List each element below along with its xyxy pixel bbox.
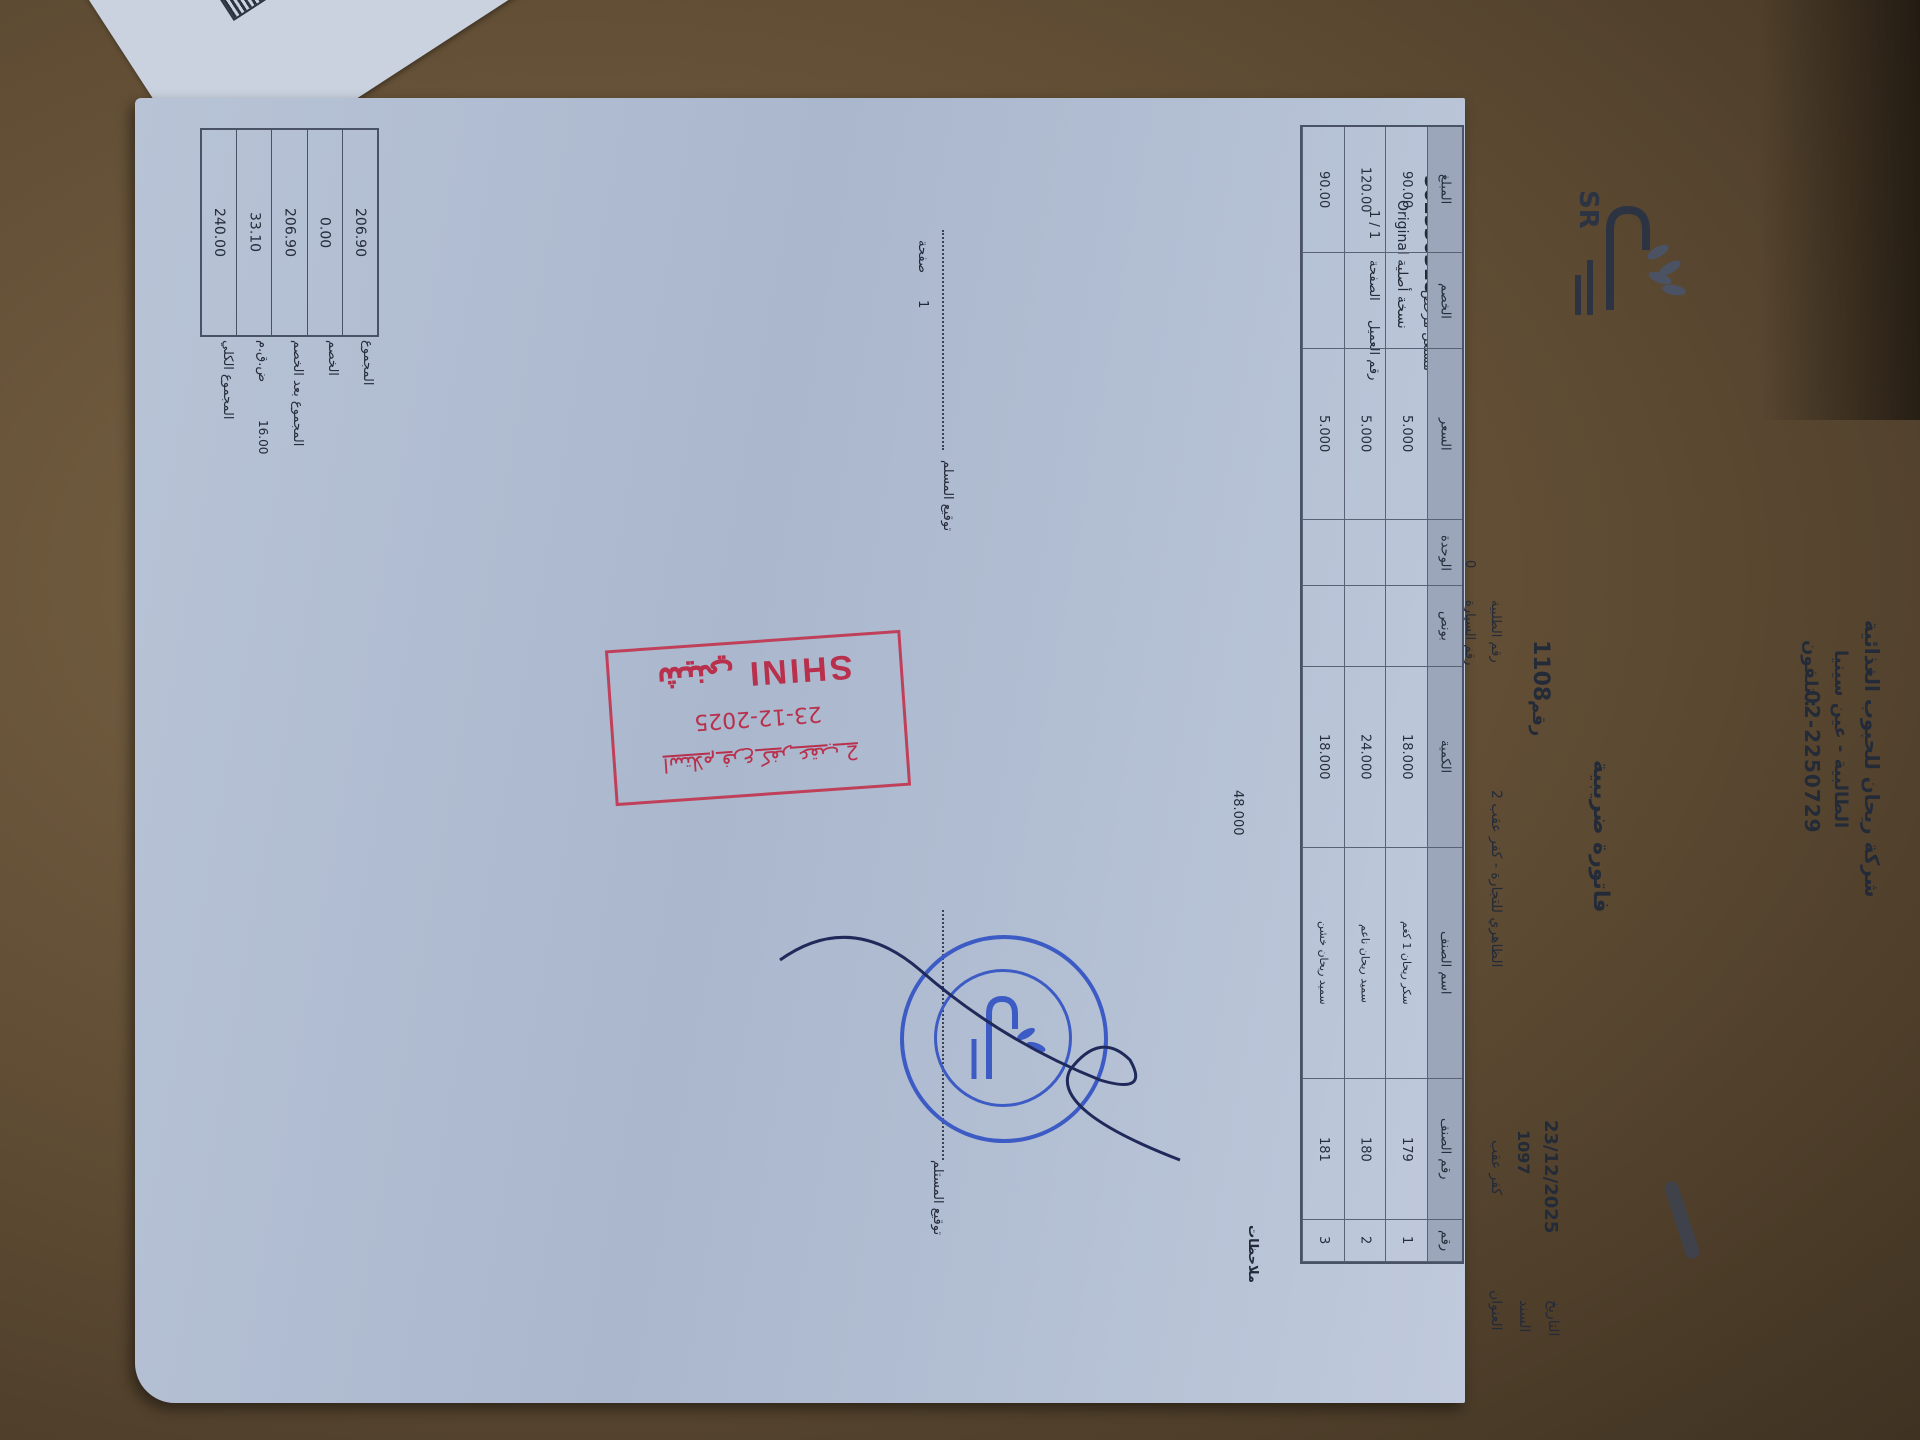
row-no: 1 <box>1386 1220 1427 1262</box>
header-code: رقم الصنف <box>1428 1079 1462 1220</box>
page-count-label: صفحة <box>915 240 930 273</box>
svg-text:SR: SR <box>1573 190 1603 229</box>
header-discount: الخصم <box>1428 253 1462 349</box>
after-discount-label: المجموع بعد الخصم <box>270 340 305 446</box>
row-name: سميد ريحان ناعم <box>1345 848 1386 1079</box>
items-table: المبلغ الخصم السعر الوحدة بونص الكمية اس… <box>1300 125 1464 1264</box>
table-row: 90.00 5.000 18.000 سكر ريحان 1 كغم 179 1 <box>1385 127 1427 1262</box>
row-bonus <box>1303 586 1344 667</box>
row-unit <box>1386 520 1427 586</box>
subtotal-label: المجموع <box>340 340 375 446</box>
grand-total-value: 240.00 <box>202 130 236 335</box>
invoice-number-label: رقم <box>1528 700 1549 736</box>
red-receipt-stamp: SHINI شيني 23-12-2025 استلام فرع كفر عقب… <box>605 630 911 806</box>
header-amount: المبلغ <box>1428 127 1462 253</box>
invoice-address-label: العنوان <box>1488 1290 1504 1331</box>
stamp-date: 23-12-2025 <box>612 695 903 740</box>
row-price: 5.000 <box>1345 349 1386 520</box>
discount-value: 0.00 <box>307 130 342 335</box>
company-phone: 02-2250729 <box>1800 690 1824 834</box>
discount-label: الخصم <box>305 340 340 446</box>
row-bonus <box>1386 586 1427 667</box>
header-no: رقم <box>1428 1220 1462 1262</box>
row-price: 5.000 <box>1386 349 1427 520</box>
invoice-ref-label: السند <box>1516 1300 1532 1332</box>
header-price: السعر <box>1428 349 1462 520</box>
row-amount: 90.00 <box>1386 127 1427 253</box>
order-label: رقم الطلبية <box>1488 600 1503 663</box>
row-qty: 18.000 <box>1303 667 1344 848</box>
row-discount <box>1345 253 1386 349</box>
header-qty: الكمية <box>1428 667 1462 848</box>
barcode-icon <box>188 0 329 21</box>
row-price: 5.000 <box>1303 349 1344 520</box>
invoice-number: 1108 <box>1528 640 1553 701</box>
total-quantity: 48.000 <box>1230 790 1245 836</box>
table-row: 90.00 5.000 18.000 سميد ريحان خشن 181 3 <box>1302 127 1344 1262</box>
row-no: 2 <box>1345 1220 1386 1262</box>
vat-rate: 16.00 <box>256 420 270 454</box>
table-header: المبلغ الخصم السعر الوحدة بونص الكمية اس… <box>1427 127 1462 1262</box>
header-name: اسم الصنف <box>1428 848 1462 1079</box>
row-qty: 18.000 <box>1386 667 1427 848</box>
desk-shadow <box>1760 0 1920 420</box>
grand-total-label: المجموع الكلي <box>200 340 235 446</box>
row-no: 3 <box>1303 1220 1344 1262</box>
vehicle-number: 0 <box>1462 560 1477 568</box>
pen-mark <box>1663 1180 1701 1260</box>
receiver-signature-label: توقيع المستلم <box>930 1160 945 1235</box>
row-name: سكر ريحان 1 كغم <box>1386 848 1427 1079</box>
vat-value: 33.10 <box>236 130 271 335</box>
subtotal-value: 206.90 <box>342 130 377 335</box>
after-discount-value: 206.90 <box>271 130 306 335</box>
notes-label: ملاحظات <box>1245 1225 1260 1283</box>
row-unit <box>1303 520 1344 586</box>
handwritten-signature <box>770 920 1190 1170</box>
row-code: 179 <box>1386 1079 1427 1220</box>
row-discount <box>1303 253 1344 349</box>
row-amount: 90.00 <box>1303 127 1344 253</box>
deliverer-signature-label: توقيع المسلم <box>940 460 955 531</box>
invoice-date: 23/12/2025 <box>1540 1120 1561 1233</box>
company-name: شركة ريحان للحبوب الغذائية <box>1860 620 1884 898</box>
invoice-title: فاتورة ضريبية <box>1588 760 1613 913</box>
deliverer-signature-line <box>942 230 944 450</box>
row-qty: 24.000 <box>1345 667 1386 848</box>
row-discount <box>1386 253 1427 349</box>
invoice-address: كفر عقب <box>1488 1140 1504 1195</box>
table-row: 120.00 5.000 24.000 سميد ريحان ناعم 180 … <box>1344 127 1386 1262</box>
row-bonus <box>1345 586 1386 667</box>
row-code: 181 <box>1303 1079 1344 1220</box>
customer-name: الظاهري للتجارة - كفر عقب 2 <box>1488 790 1504 967</box>
company-logo-icon: SR <box>1570 190 1690 330</box>
row-code: 180 <box>1345 1079 1386 1220</box>
stamp-brand: SHINI شيني <box>629 644 881 701</box>
invoice-date-label: التاريخ <box>1545 1300 1561 1336</box>
row-name: سميد ريحان خشن <box>1303 848 1344 1079</box>
company-address: الطالبية - عين سينيا <box>1830 650 1851 828</box>
header-unit: الوحدة <box>1428 520 1462 586</box>
row-amount: 120.00 <box>1345 127 1386 253</box>
invoice-ref: 1097 <box>1514 1130 1533 1175</box>
header-bonus: بونص <box>1428 586 1462 667</box>
row-unit <box>1345 520 1386 586</box>
page-count-value: 1 <box>915 300 930 308</box>
totals-table: 206.90 0.00 206.90 33.10 240.00 <box>200 128 379 337</box>
vehicle-label: رقم السيارة <box>1462 600 1477 665</box>
totals-labels: المجموع الخصم المجموع بعد الخصم ض.ق.م ال… <box>200 340 375 446</box>
stamp-branch: استلام فرع كفر عقب 2 <box>615 737 906 781</box>
